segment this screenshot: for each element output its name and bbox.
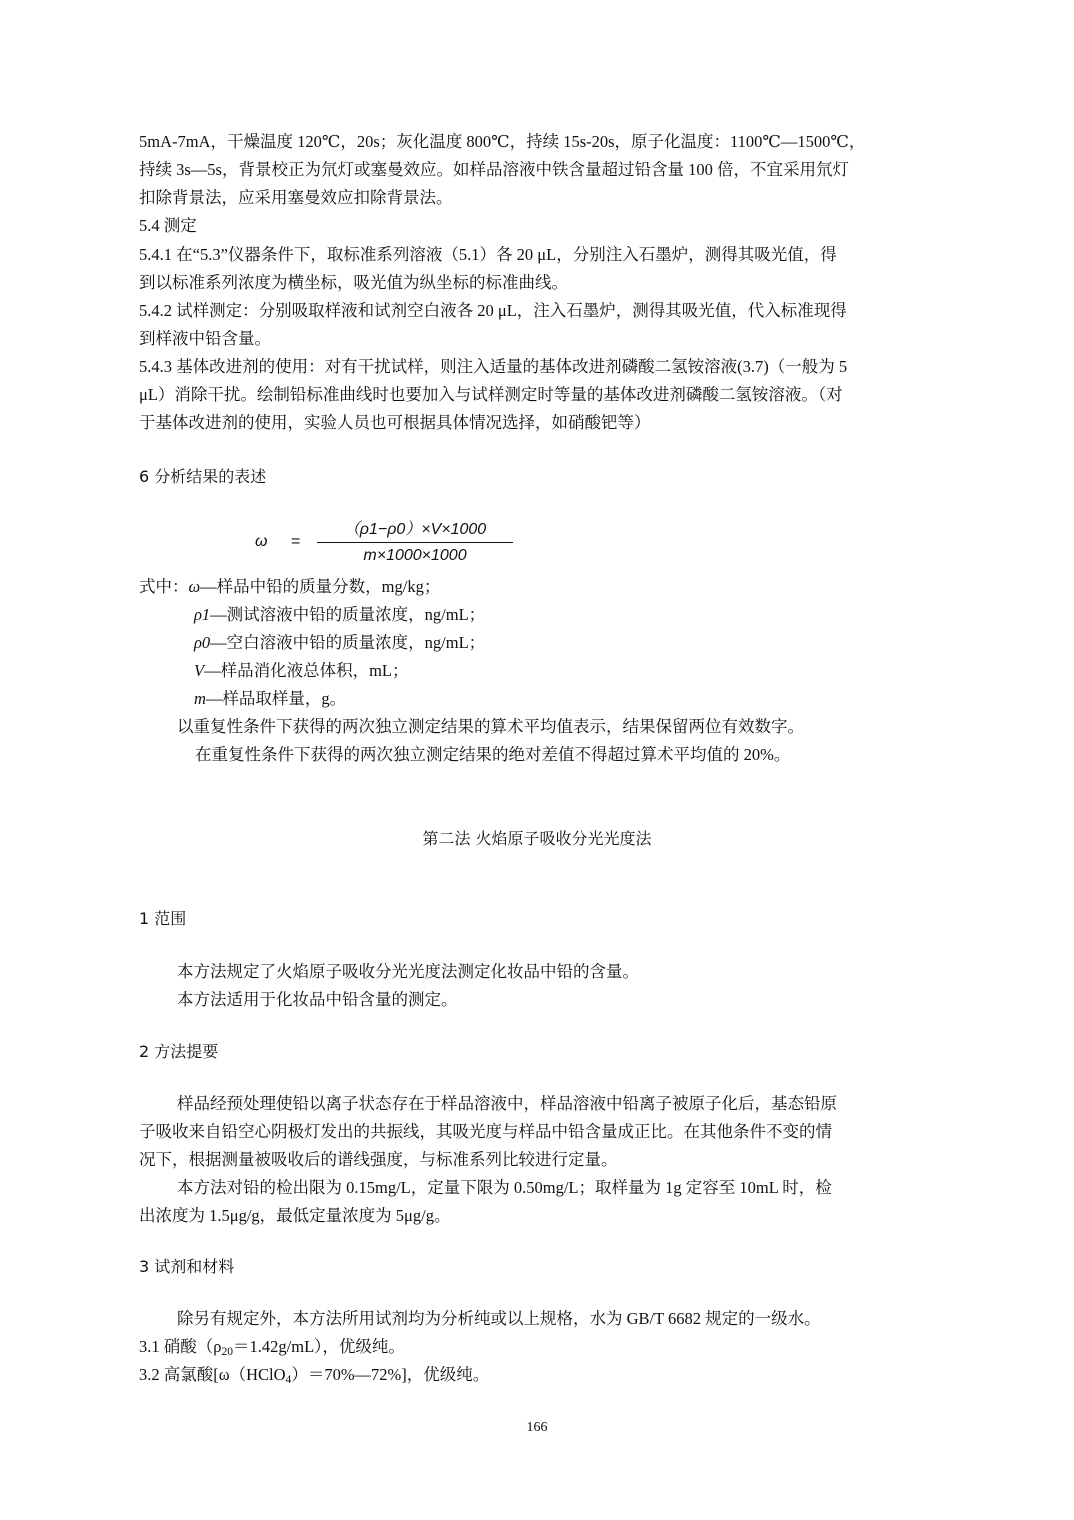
legend-item: m—样品取样量，g。 bbox=[194, 688, 346, 710]
legend-intro: 式中： bbox=[139, 577, 189, 596]
section-heading-principle: 2 方法提要 bbox=[139, 1041, 218, 1063]
page-number: 166 bbox=[0, 1420, 1074, 1436]
document-page: 5mA-7mA，干燥温度 120℃，20s；灰化温度 800℃，持续 15s-2… bbox=[0, 0, 1074, 1520]
precision-note: 在重复性条件下获得的两次独立测定结果的绝对差值不得超过算术平均值的 20%。 bbox=[195, 744, 790, 766]
text-line: 子吸收来自铅空心阴极灯发出的共振线，其吸光度与样品中铅含量成正比。在其他条件不变… bbox=[139, 1121, 832, 1143]
text-line: 出浓度为 1.5μg/g，最低定量浓度为 5μg/g。 bbox=[139, 1205, 451, 1227]
paragraph-5-4-3-line: 于基体改进剂的使用，实验人员也可根据具体情况选择，如硝酸钯等） bbox=[139, 412, 651, 434]
legend-text: —样品取样量，g。 bbox=[206, 689, 346, 708]
legend-text: —测试溶液中铅的质量浓度，ng/mL； bbox=[210, 605, 485, 624]
reagent-text: ＝1.42g/mL），优级纯。 bbox=[233, 1337, 405, 1356]
fraction-bar bbox=[317, 542, 513, 543]
formula-numerator: （ρ1−ρ0）×V×1000 bbox=[317, 516, 513, 539]
reagent-text: 3.1 硝酸（ρ bbox=[139, 1337, 221, 1356]
legend-text: —样品消化液总体积，mL； bbox=[204, 661, 408, 680]
formula: ω = （ρ1−ρ0）×V×1000 m×1000×1000 bbox=[255, 512, 525, 572]
section-heading-scope: 1 范围 bbox=[139, 908, 186, 930]
formula-denominator: m×1000×1000 bbox=[317, 547, 513, 565]
legend-item: ρ1—测试溶液中铅的质量浓度，ng/mL； bbox=[194, 604, 485, 626]
legend-symbol: m bbox=[194, 689, 206, 708]
legend-symbol: V bbox=[194, 661, 204, 680]
section-heading-5-4: 5.4 测定 bbox=[139, 215, 197, 237]
reagent-item-3-1: 3.1 硝酸（ρ20＝1.42g/mL），优级纯。 bbox=[139, 1336, 405, 1358]
text-line: 5mA-7mA，干燥温度 120℃，20s；灰化温度 800℃，持续 15s-2… bbox=[139, 131, 865, 153]
paragraph-5-4-2-line: 5.4.2 试样测定：分别吸取样液和试剂空白液各 20 μL，注入石墨炉，测得其… bbox=[139, 300, 847, 322]
paragraph-5-4-3-line: 5.4.3 基体改进剂的使用：对有干扰试样，则注入适量的基体改进剂磷酸二氢铵溶液… bbox=[139, 356, 847, 378]
subscript: 20 bbox=[221, 1346, 233, 1358]
text-line: 本方法适用于化妆品中铅含量的测定。 bbox=[177, 989, 458, 1011]
method-title: 第二法 火焰原子吸收分光光度法 bbox=[0, 828, 1074, 850]
legend-item: 式中：ω—样品中铅的质量分数，mg/kg； bbox=[139, 576, 440, 598]
paragraph-5-4-3-line: μL）消除干扰。绘制铅标准曲线时也要加入与试样测定时等量的基体改进剂磷酸二氢铵溶… bbox=[139, 384, 843, 406]
reagent-text: 3.2 高氯酸[ω（HClO bbox=[139, 1365, 286, 1384]
text-line: 样品经预处理使铅以离子状态存在于样品溶液中，样品溶液中铅离子被原子化后，基态铅原 bbox=[177, 1093, 837, 1115]
text-line: 本方法规定了火焰原子吸收分光光度法测定化妆品中铅的含量。 bbox=[177, 961, 639, 983]
text-line: 除另有规定外，本方法所用试剂均为分析纯或以上规格，水为 GB/T 6682 规定… bbox=[177, 1308, 821, 1330]
paragraph-5-4-1-line: 到以标准系列浓度为横坐标，吸光值为纵坐标的标准曲线。 bbox=[139, 272, 568, 294]
legend-item: ρ0—空白溶液中铅的质量浓度，ng/mL； bbox=[194, 632, 485, 654]
reagent-text: ）＝70%—72%]，优级纯。 bbox=[291, 1365, 489, 1384]
text-line: 持续 3s—5s，背景校正为氘灯或塞曼效应。如样品溶液中铁含量超过铅含量 100… bbox=[139, 159, 849, 181]
text-line: 扣除背景法，应采用塞曼效应扣除背景法。 bbox=[139, 187, 453, 209]
formula-equals: = bbox=[291, 533, 300, 551]
reagent-item-3-2: 3.2 高氯酸[ω（HClO4）＝70%—72%]，优级纯。 bbox=[139, 1364, 489, 1386]
section-heading-6: 6 分析结果的表述 bbox=[139, 466, 266, 488]
result-note: 以重复性条件下获得的两次独立测定结果的算术平均值表示，结果保留两位有效数字。 bbox=[177, 716, 804, 738]
section-heading-reagents: 3 试剂和材料 bbox=[139, 1256, 234, 1278]
paragraph-5-4-1-line: 5.4.1 在“5.3”仪器条件下，取标准系列溶液（5.1）各 20 μL，分别… bbox=[139, 244, 837, 266]
text-line: 本方法对铅的检出限为 0.15mg/L，定量下限为 0.50mg/L；取样量为 … bbox=[177, 1177, 832, 1199]
legend-symbol: ρ0 bbox=[194, 633, 210, 652]
text-line: 况下，根据测量被吸收后的谱线强度，与标准系列比较进行定量。 bbox=[139, 1149, 618, 1171]
formula-lhs: ω bbox=[255, 533, 267, 551]
legend-symbol: ρ1 bbox=[194, 605, 210, 624]
legend-text: —样品中铅的质量分数，mg/kg； bbox=[200, 577, 440, 596]
legend-symbol: ω bbox=[189, 577, 201, 596]
legend-item: V—样品消化液总体积，mL； bbox=[194, 660, 409, 682]
legend-text: —空白溶液中铅的质量浓度，ng/mL； bbox=[210, 633, 485, 652]
paragraph-5-4-2-line: 到样液中铅含量。 bbox=[139, 328, 271, 350]
